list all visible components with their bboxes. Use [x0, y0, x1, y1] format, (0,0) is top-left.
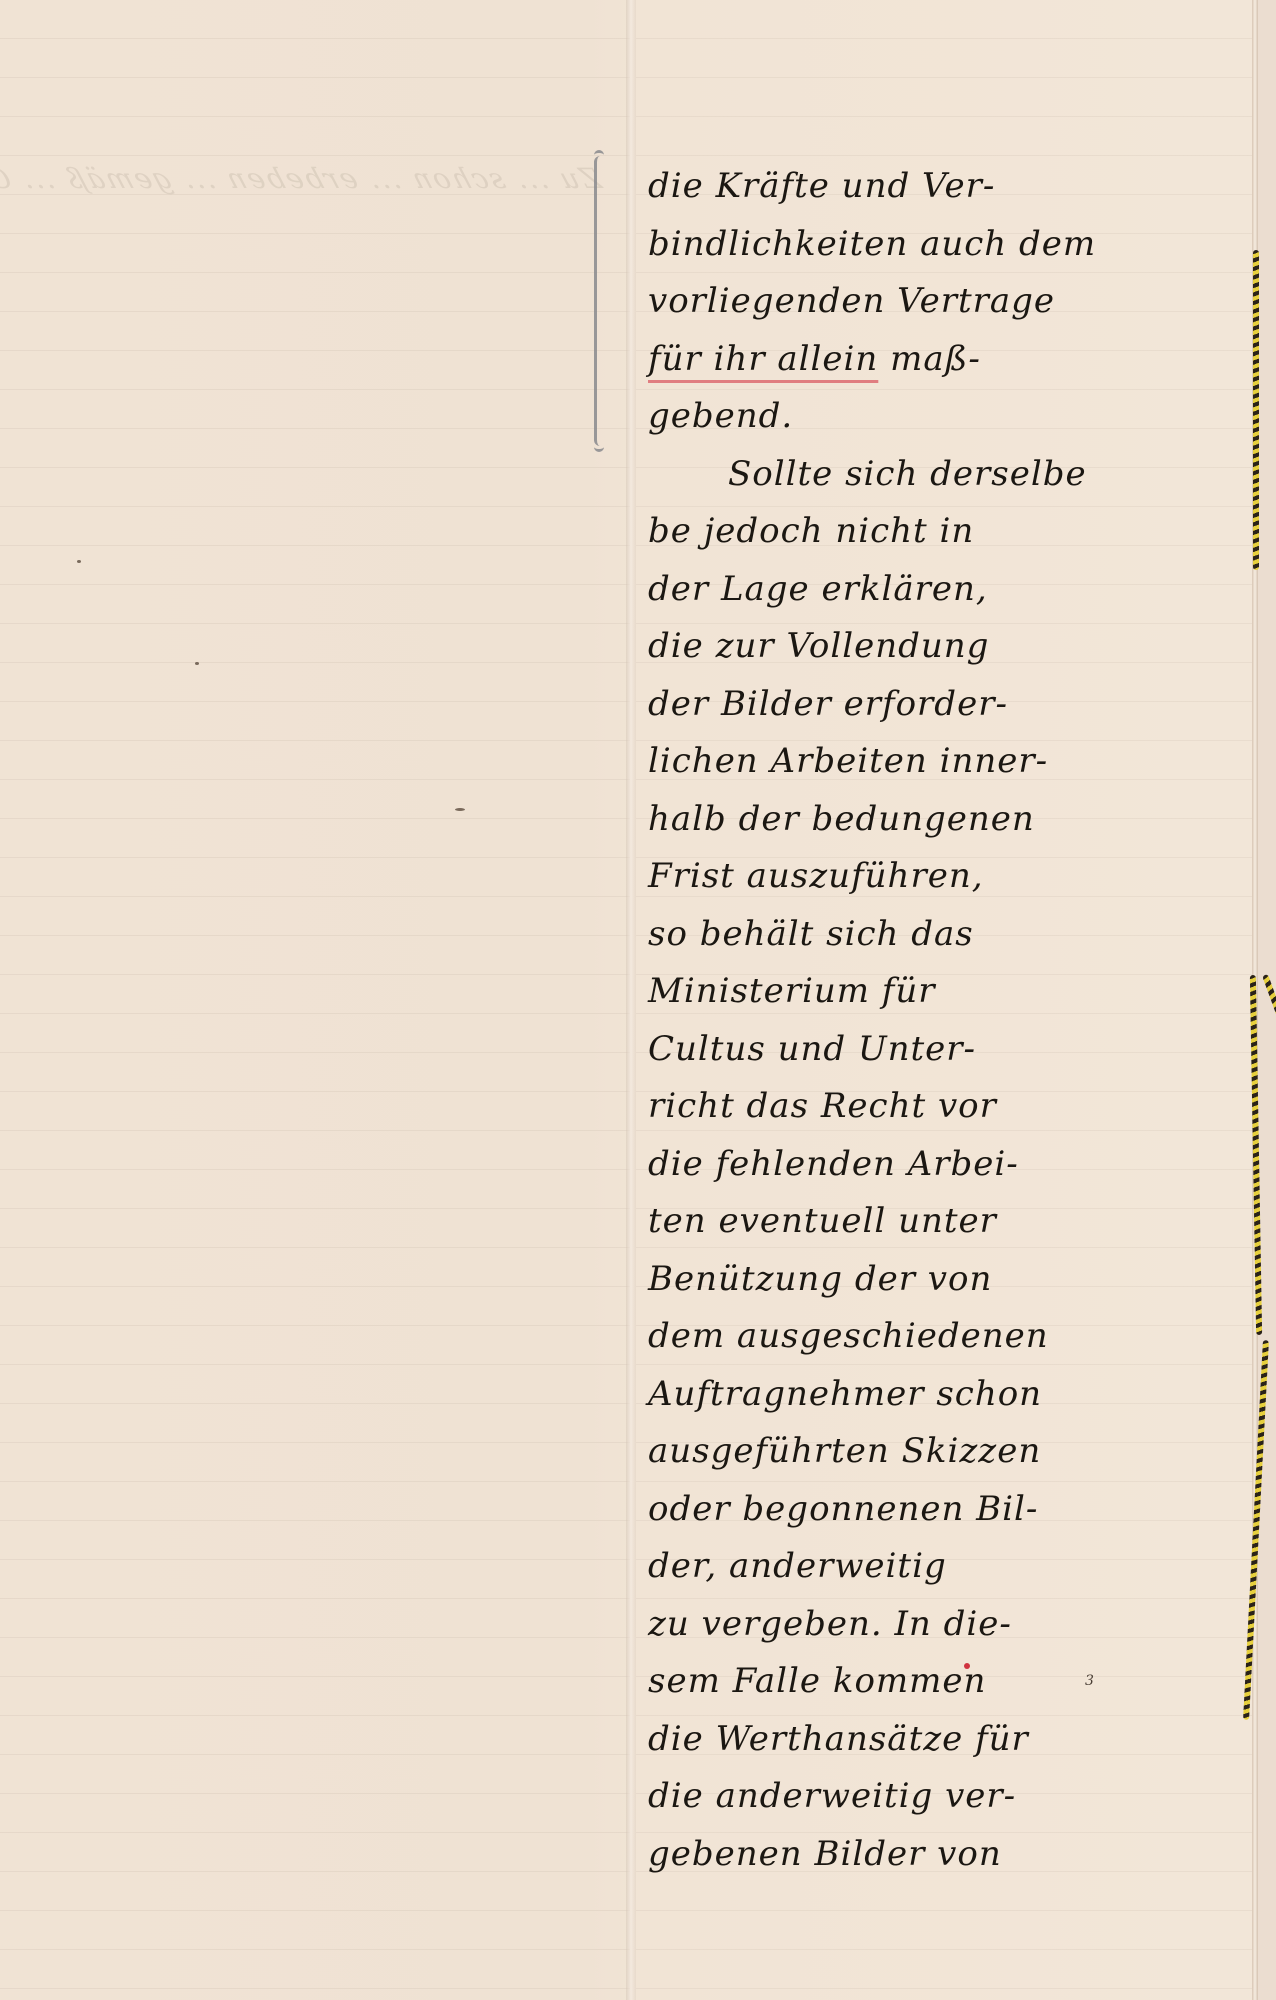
binding-cord — [1253, 250, 1259, 570]
text-line: ausgeführten Skizzen — [648, 1423, 1248, 1481]
text-line: der, anderweitig — [648, 1538, 1248, 1596]
text-line: gebend. — [648, 388, 1248, 446]
text-line: lichen Arbeiten inner- — [648, 733, 1248, 791]
text-line: halb der bedungenen — [648, 791, 1248, 849]
text-line: bindlichkeiten auch dem — [648, 216, 1248, 274]
pencil-margin-bracket — [594, 156, 605, 446]
text-line: die fehlenden Arbei- — [648, 1136, 1248, 1194]
text-line: richt das Recht vor — [648, 1078, 1248, 1136]
text-line: vorliegenden Vertrage — [648, 273, 1248, 331]
text-line: Auftragnehmer schon — [648, 1366, 1248, 1424]
red-underlined-phrase: für ihr allein — [648, 339, 878, 379]
text-line: gebenen Bilder von — [648, 1826, 1248, 1884]
text-line: so behält sich das — [648, 906, 1248, 964]
text-line: der Lage erklären, — [648, 561, 1248, 619]
text-line: die anderweitig ver- — [648, 1768, 1248, 1826]
red-ink-mark — [964, 1663, 970, 1669]
text-line: Benützung der von — [648, 1251, 1248, 1309]
text-line: der Bilder erforder- — [648, 676, 1248, 734]
page-fold — [626, 0, 636, 2000]
text-line: zu vergeben. In die- — [648, 1596, 1248, 1654]
bleed-through-text: Zu ... schon ... erbeben ... gemäß ... G… — [31, 150, 610, 208]
handwritten-text-block: die Kräfte und Ver- bindlichkeiten auch … — [648, 158, 1248, 1883]
text-line: oder begonnenen Bil- — [648, 1481, 1248, 1539]
text-line: die zur Vollendung — [648, 618, 1248, 676]
text-line: die Werthansätze für — [648, 1711, 1248, 1769]
document-page: Zu ... schon ... erbeben ... gemäß ... G… — [0, 0, 1276, 2000]
left-page-verso-area: Zu ... schon ... erbeben ... gemäß ... G… — [0, 0, 630, 2000]
text-line: sem Falle kommen — [648, 1653, 1248, 1711]
text-line: Cultus und Unter- — [648, 1021, 1248, 1079]
text-line: Ministerium für — [648, 963, 1248, 1021]
text-line-paragraph-start: Sollte sich derselbe — [648, 446, 1248, 504]
ink-speck — [77, 560, 81, 563]
text-line-tail: maß- — [878, 339, 981, 379]
text-line: dem ausgeschiedenen — [648, 1308, 1248, 1366]
ink-speck — [455, 808, 465, 811]
text-line: die Kräfte und Ver- — [648, 158, 1248, 216]
text-line: be jedoch nicht in — [648, 503, 1248, 561]
text-line: Frist auszuführen, — [648, 848, 1248, 906]
text-line: für ihr allein maß- — [648, 331, 1248, 389]
text-line: ten eventuell unter — [648, 1193, 1248, 1251]
page-number-mark: 3 — [1085, 1673, 1094, 1689]
ink-speck — [195, 662, 199, 665]
